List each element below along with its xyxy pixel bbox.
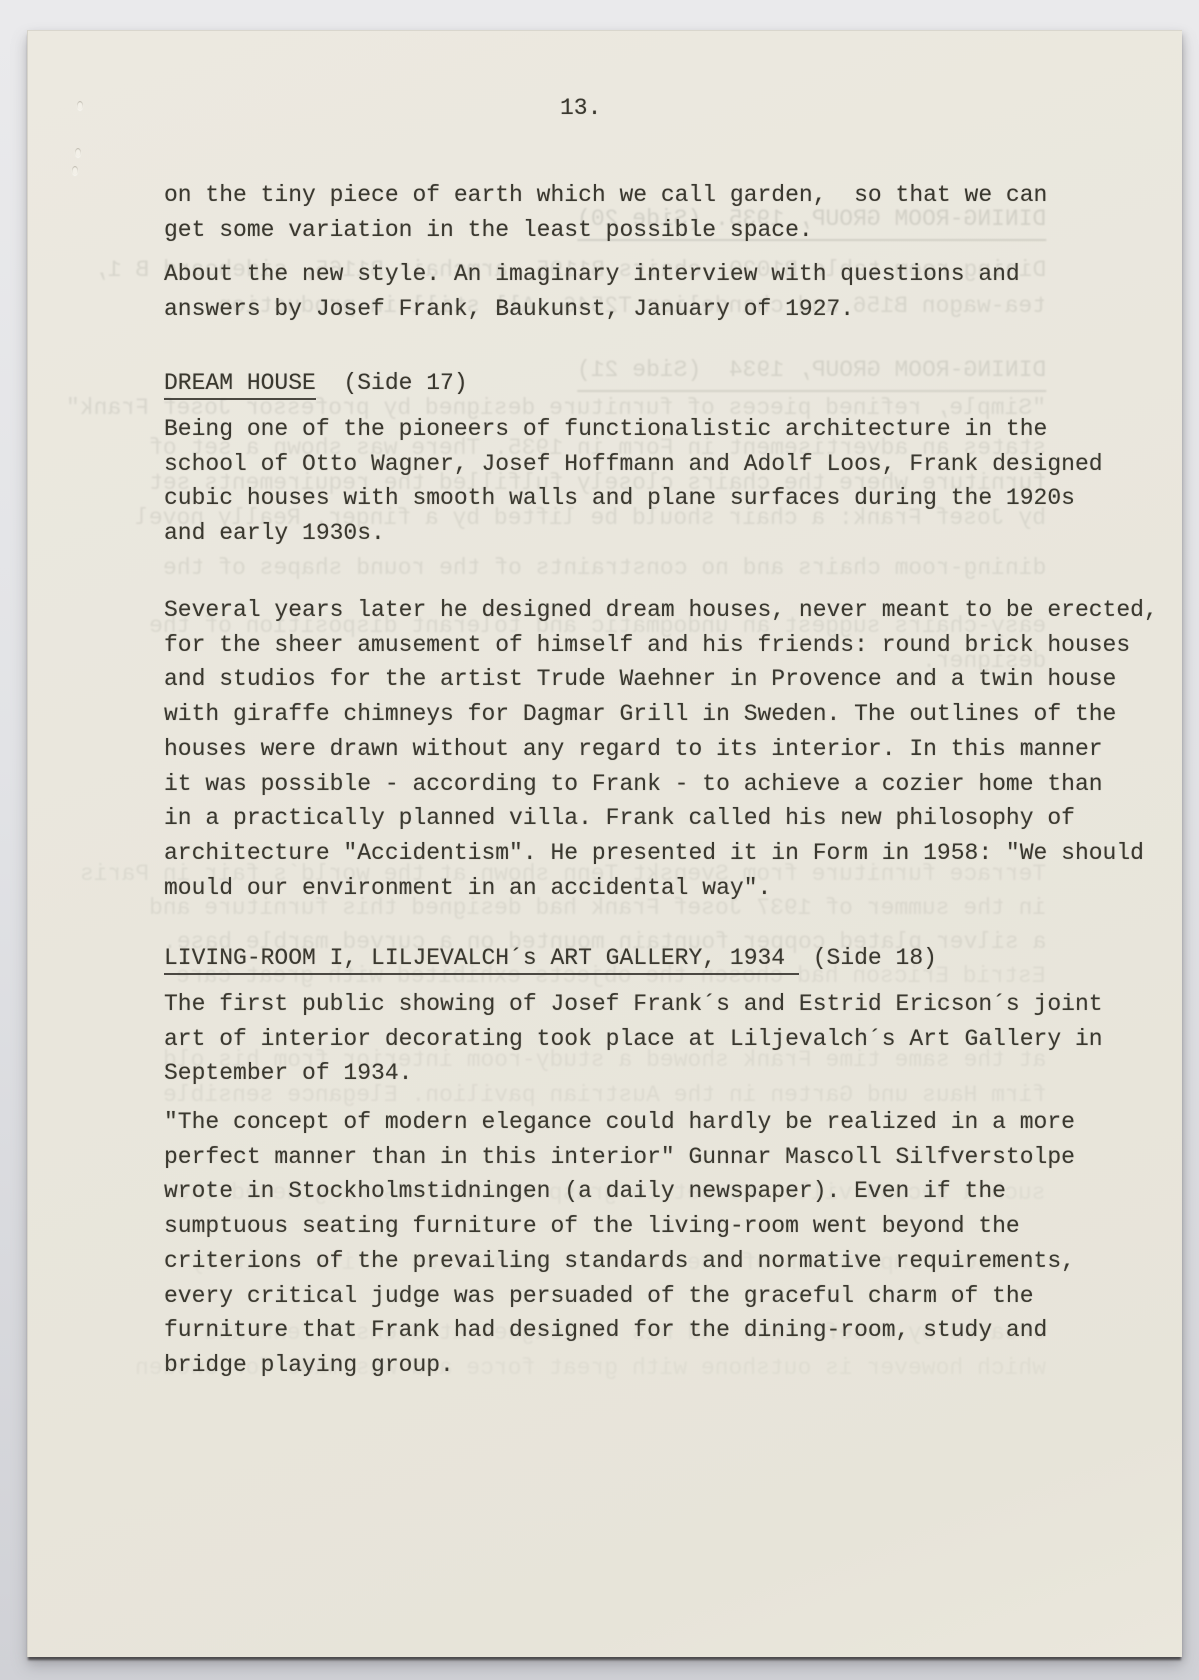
intro-paragraph-new-style: About the new style. An imaginary interv… [164,257,1176,326]
paper-speck [75,148,81,157]
intro-paragraph-garden: on the tiny piece of earth which we call… [164,178,1176,247]
dream-house-paragraph-2: Several years later he designed dream ho… [164,593,1176,905]
page-number: 13. [560,91,680,126]
dream-house-paragraph-1: Being one of the pioneers of functionali… [164,412,1176,551]
heading-title: DREAM HOUSE [164,370,316,400]
heading-side-ref: (Side 18) [799,945,937,971]
paper-sheet: DINING-ROOM GROUP, 1935. (Side 20)Dining… [27,30,1182,1657]
section-heading-living-room: LIVING-ROOM I, LILJEVALCH´s ART GALLERY,… [164,941,1176,976]
living-room-paragraph-2: "The concept of modern elegance could ha… [164,1105,1176,1383]
bleedthrough-line: dining-room chairs and no constraints of… [163,551,1046,586]
heading-side-ref: (Side 17) [316,370,468,396]
paper-speck [72,166,78,175]
living-room-paragraph-1: The first public showing of Josef Frank´… [164,987,1176,1091]
paper-speck [77,101,83,110]
heading-title: LIVING-ROOM I, LILJEVALCH´s ART GALLERY,… [164,945,799,975]
section-heading-dream-house: DREAM HOUSE (Side 17) [164,366,1176,401]
scanned-document: DINING-ROOM GROUP, 1935. (Side 20)Dining… [0,0,1199,1680]
